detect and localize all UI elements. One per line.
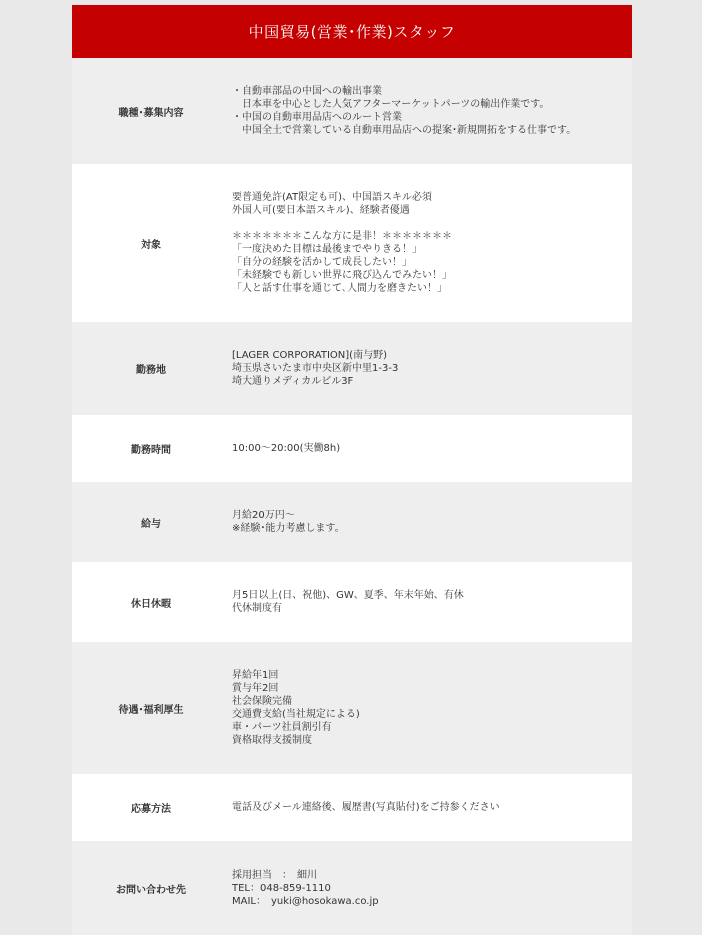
contact-email: MAIL： yuki@hosokawa.co.jp (232, 895, 632, 908)
content-line: 日本車を中心とした人気アフターマーケットパーツの輸出作業です。 (232, 98, 632, 111)
content-line: 「一度決めた目標は最後までやりきる！」 (232, 243, 632, 256)
row-label: 給与 (72, 515, 230, 530)
page-title: 中国貿易(営業･作業)スタッフ (249, 21, 456, 42)
row-label: 職種･募集内容 (72, 104, 230, 119)
content-line: 「未経験でも新しい世界に飛び込んでみたい！」 (232, 269, 632, 282)
row-work-hours: 勤務時間 10:00～20:00(実働8h) (72, 415, 632, 482)
row-label: お問い合わせ先 (72, 881, 230, 896)
row-target: 対象 要普通免許(AT限定も可)、中国語スキル必須 外国人可(要日本語スキル)、… (72, 164, 632, 322)
content-line: 外国人可(要日本語スキル)、経験者優遇 (232, 204, 632, 217)
row-label: 勤務時間 (72, 441, 230, 456)
row-how-to-apply: 応募方法 電話及びメール連絡後、履歴書(写真貼付)をご持参ください (72, 774, 632, 841)
content-line: ・中国の自動車用品店へのルート営業 (232, 111, 632, 124)
content-line: 要普通免許(AT限定も可)、中国語スキル必須 (232, 191, 632, 204)
row-benefits: 待遇･福利厚生 昇給年1回 賞与年2回 社会保険完備 交通費支給(当社規定による… (72, 642, 632, 774)
contact-phone: TEL：048-859-1110 (232, 882, 632, 895)
row-holidays: 休日休暇 月5日以上(日、祝他)、GW、夏季、年末年始、有休 代休制度有 (72, 562, 632, 642)
row-contact: お問い合わせ先 採用担当 ： 細川 TEL：048-859-1110 MAIL：… (72, 841, 632, 929)
content-line (232, 217, 632, 230)
row-content: 月5日以上(日、祝他)、GW、夏季、年末年始、有休 代休制度有 (230, 589, 632, 615)
job-listing: 中国貿易(営業･作業)スタッフ 職種･募集内容 ・自動車部品の中国への輸出事業 … (72, 5, 632, 929)
content-line: 埼玉県さいたま市中央区新中里1-3-3 (232, 362, 632, 375)
row-content: ・自動車部品の中国への輸出事業 日本車を中心とした人気アフターマーケットパーツの… (230, 85, 632, 137)
row-label: 対象 (72, 236, 230, 251)
content-line: 「人と話す仕事を通じて､人間力を磨きたい！」 (232, 282, 632, 295)
content-line: [LAGER CORPORATION](南与野) (232, 349, 632, 362)
content-line: 採用担当 ： 細川 (232, 869, 632, 882)
content-line: 10:00～20:00(実働8h) (232, 442, 632, 455)
content-line: 月5日以上(日、祝他)、GW、夏季、年末年始、有休 (232, 589, 632, 602)
content-line: 代休制度有 (232, 602, 632, 615)
content-line: 昇給年1回 (232, 669, 632, 682)
content-line: 社会保険完備 (232, 695, 632, 708)
content-line: 埼大通りメディカルビル3F (232, 375, 632, 388)
row-job-description: 職種･募集内容 ・自動車部品の中国への輸出事業 日本車を中心とした人気アフターマ… (72, 58, 632, 164)
content-line: 「自分の経験を活かして成長したい！」 (232, 256, 632, 269)
page-title-bar: 中国貿易(営業･作業)スタッフ (72, 5, 632, 58)
content-line: 中国全土で営業している自動車用品店への提案･新規開拓をする仕事です。 (232, 124, 632, 137)
content-line: ・自動車部品の中国への輸出事業 (232, 85, 632, 98)
row-content: 要普通免許(AT限定も可)、中国語スキル必須 外国人可(要日本語スキル)、経験者… (230, 191, 632, 295)
row-content: 採用担当 ： 細川 TEL：048-859-1110 MAIL： yuki@ho… (230, 869, 632, 908)
row-content: 電話及びメール連絡後、履歴書(写真貼付)をご持参ください (230, 801, 632, 814)
content-line: 月給20万円～ (232, 509, 632, 522)
row-content: [LAGER CORPORATION](南与野) 埼玉県さいたま市中央区新中里1… (230, 349, 632, 388)
content-line: 車・パーツ社員割引有 (232, 721, 632, 734)
content-line: 資格取得支援制度 (232, 734, 632, 747)
content-line: ＊＊＊＊＊＊＊こんな方に是非！＊＊＊＊＊＊＊ (232, 230, 632, 243)
row-content: 昇給年1回 賞与年2回 社会保険完備 交通費支給(当社規定による) 車・パーツ社… (230, 669, 632, 747)
row-work-location: 勤務地 [LAGER CORPORATION](南与野) 埼玉県さいたま市中央区… (72, 322, 632, 415)
row-label: 勤務地 (72, 361, 230, 376)
row-content: 10:00～20:00(実働8h) (230, 442, 632, 455)
row-salary: 給与 月給20万円～ ※経験･能力考慮します。 (72, 482, 632, 562)
content-line: 電話及びメール連絡後、履歴書(写真貼付)をご持参ください (232, 801, 632, 814)
content-line: 交通費支給(当社規定による) (232, 708, 632, 721)
row-label: 休日休暇 (72, 595, 230, 610)
row-content: 月給20万円～ ※経験･能力考慮します。 (230, 509, 632, 535)
content-line: 賞与年2回 (232, 682, 632, 695)
row-label: 応募方法 (72, 800, 230, 815)
row-label: 待遇･福利厚生 (72, 701, 230, 716)
content-line: ※経験･能力考慮します。 (232, 522, 632, 535)
